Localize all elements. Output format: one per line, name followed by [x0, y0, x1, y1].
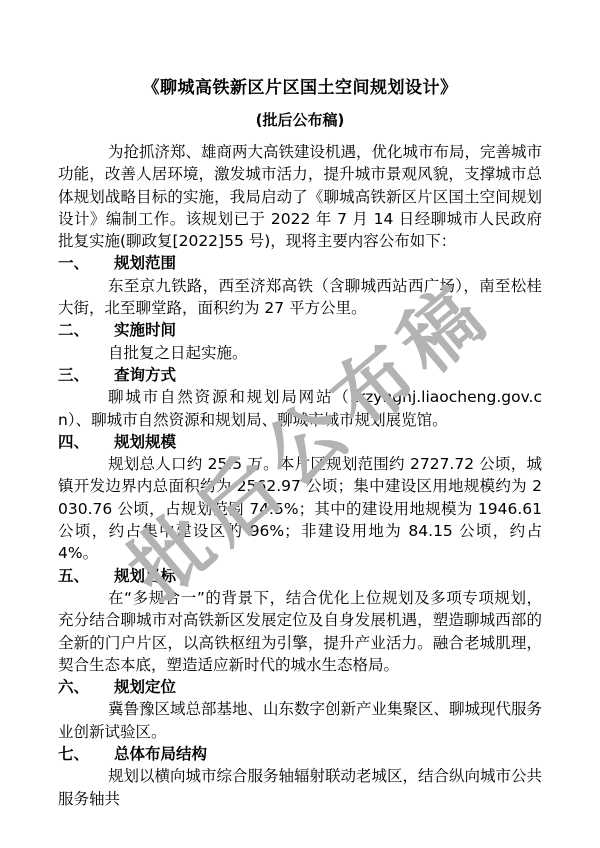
section-body: 自批复之日起实施。	[58, 342, 542, 364]
section-heading: 三、查询方式	[58, 364, 542, 386]
section-title: 规划范围	[114, 254, 176, 272]
section-heading: 六、规划定位	[58, 676, 542, 698]
section-body: 在“多规合一”的背景下，结合优化上位规划及多项专项规划，充分结合聊城市对高铁新区…	[58, 587, 542, 676]
section-body: 冀鲁豫区域总部基地、山东数字创新产业集聚区、聊城现代服务业创新试验区。	[58, 698, 542, 743]
document-title: 《聊城高铁新区片区国土空间规划设计》	[58, 78, 542, 98]
section-planning-scope: 一、规划范围 东至京九铁路，西至济郑高铁（含聊城西站西广场），南至松桂大街，北至…	[58, 252, 542, 319]
section-query-method: 三、查询方式 聊城市自然资源和规划局网站（zrzyhghj.liaocheng.…	[58, 364, 542, 431]
intro-paragraph: 为抢抓济郑、雄商两大高铁建设机遇，优化城市布局，完善城市功能，改善人居环境，激发…	[58, 141, 542, 252]
section-title: 规划规模	[114, 433, 176, 451]
section-planning-scale: 四、规划规模 规划总人口约 25.5 万。本片区规划范围约 2727.72 公顷…	[58, 431, 542, 565]
section-number: 四、	[58, 431, 114, 453]
section-heading: 二、实施时间	[58, 319, 542, 341]
section-body: 聊城市自然资源和规划局网站（zrzyhghj.liaocheng.gov.cn）…	[58, 386, 542, 431]
document-content: 为抢抓济郑、雄商两大高铁建设机遇，优化城市布局，完善城市功能，改善人居环境，激发…	[58, 141, 542, 810]
section-title: 实施时间	[114, 321, 176, 339]
section-title: 总体布局结构	[114, 745, 207, 763]
section-number: 一、	[58, 252, 114, 274]
section-planning-positioning: 六、规划定位 冀鲁豫区域总部基地、山东数字创新产业集聚区、聊城现代服务业创新试验…	[58, 676, 542, 743]
section-heading: 七、总体布局结构	[58, 743, 542, 765]
section-heading: 四、规划规模	[58, 431, 542, 453]
section-heading: 五、规划目标	[58, 565, 542, 587]
section-number: 三、	[58, 364, 114, 386]
section-overall-layout: 七、总体布局结构 规划以横向城市综合服务轴辐射联动老城区，结合纵向城市公共服务轴…	[58, 743, 542, 810]
section-title: 规划定位	[114, 678, 176, 696]
section-implementation-time: 二、实施时间 自批复之日起实施。	[58, 319, 542, 364]
section-number: 二、	[58, 319, 114, 341]
section-body: 规划总人口约 25.5 万。本片区规划范围约 2727.72 公顷，城镇开发边界…	[58, 453, 542, 564]
section-title: 规划目标	[114, 567, 176, 585]
section-planning-goal: 五、规划目标 在“多规合一”的背景下，结合优化上位规划及多项专项规划，充分结合聊…	[58, 565, 542, 676]
section-number: 六、	[58, 676, 114, 698]
section-number: 七、	[58, 743, 114, 765]
section-body: 东至京九铁路，西至济郑高铁（含聊城西站西广场），南至松桂大街，北至聊堂路，面积约…	[58, 275, 542, 320]
section-title: 查询方式	[114, 366, 176, 384]
document-page: 《聊城高铁新区片区国土空间规划设计》 (批后公布稿) 为抢抓济郑、雄商两大高铁建…	[0, 0, 600, 848]
section-number: 五、	[58, 565, 114, 587]
section-body: 规划以横向城市综合服务轴辐射联动老城区，结合纵向城市公共服务轴共	[58, 765, 542, 810]
document-subtitle: (批后公布稿)	[58, 111, 542, 130]
section-heading: 一、规划范围	[58, 252, 542, 274]
